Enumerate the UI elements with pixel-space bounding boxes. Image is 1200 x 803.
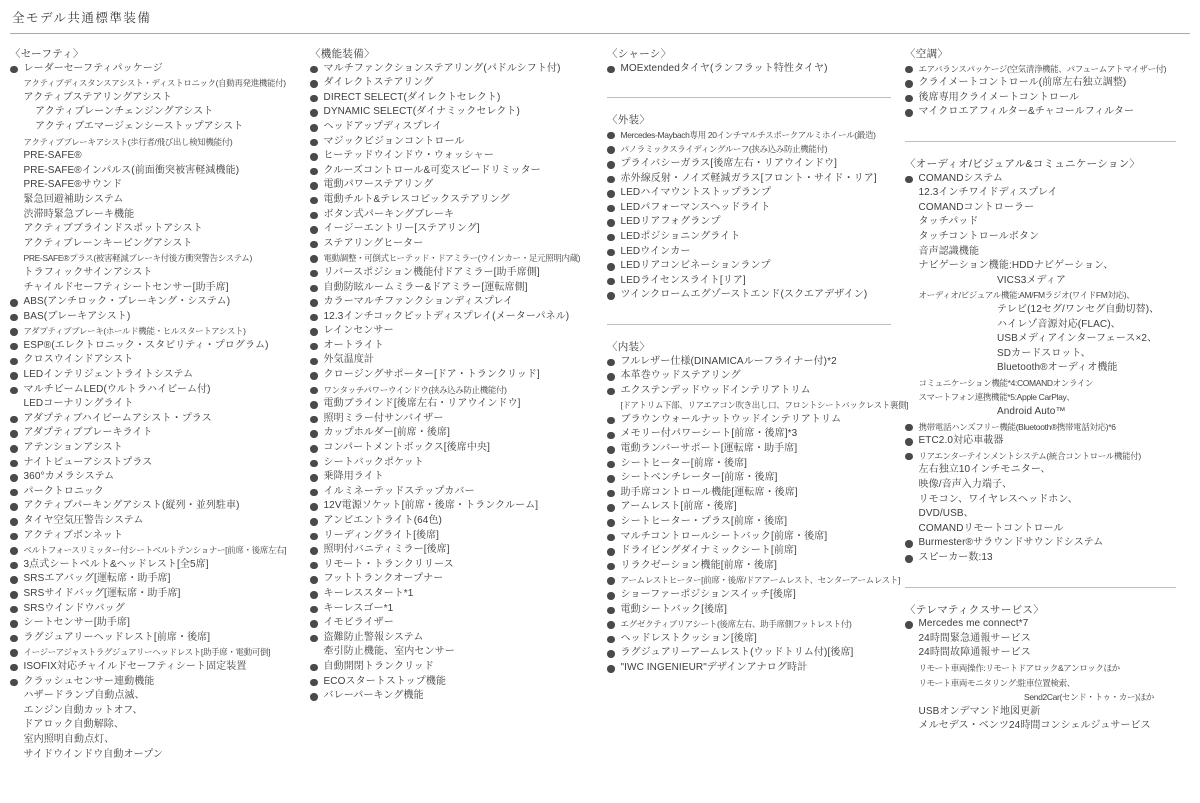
list-item: 緊急回避補助システム: [10, 193, 296, 208]
list-item: 携帯電話ハンズフリー機能(Bluetooth®携帯電話対応)*6: [905, 420, 1176, 435]
item-label: 携帯電話ハンズフリー機能(Bluetooth®携帯電話対応)*6: [919, 420, 1116, 435]
list-item: ドアロック自動解除、: [10, 718, 296, 733]
bullet-icon: [310, 460, 318, 468]
item-label: ESP®(エレクトロニック・スタビリティ・プログラム): [24, 339, 269, 354]
list-item: LEDリアフォグランプ: [607, 215, 891, 230]
list-item: 盗難防止警報システム: [310, 631, 593, 646]
list-item: ハザードランプ自動点滅、: [10, 689, 296, 704]
item-label: 電動ランバーサポート[運転席・助手席]: [621, 442, 798, 457]
bullet-icon: [607, 650, 615, 658]
list-item: COMANDコントローラー: [905, 201, 1176, 216]
bullet-icon: [310, 299, 318, 307]
list-item: コミュニケーション機能*4:COMANDオンライン: [905, 376, 1176, 391]
list-item: 本革巻ウッドステアリング: [607, 369, 891, 384]
list-item: SDカードスロット、: [905, 347, 1176, 362]
list-item: リモコン、ワイヤレスヘッドホン、: [905, 493, 1176, 508]
list-item: アクティブエマージェンシーストップアシスト: [10, 120, 296, 135]
item-label: アクティブボンネット: [24, 529, 124, 544]
item-label: Burmester®サラウンドサウンドシステム: [919, 536, 1104, 551]
list-item: レーダーセーフティパッケージ: [10, 62, 296, 77]
bullet-icon: [310, 285, 318, 293]
list-item: 映像/音声入力端子、: [905, 478, 1176, 493]
bullet-icon: [607, 190, 615, 198]
item-label: シートセンサー[助手席]: [24, 616, 130, 631]
item-label: シートヒーター[前席・後席]: [621, 457, 748, 472]
item-label: 外気温度計: [324, 353, 375, 368]
list-item: ABS(アンチロック・ブレーキング・システム): [10, 295, 296, 310]
bullet-icon: [607, 278, 615, 286]
list-item: 乗降用ライト: [310, 470, 593, 485]
list-item: ヘッドアップディスプレイ: [310, 120, 593, 135]
item-label: DVD/USB、: [919, 507, 974, 522]
list-item: ショーファーポジションスイッチ[後席]: [607, 588, 891, 603]
list-item: SRSウインドウバッグ: [10, 602, 296, 617]
bullet-icon: [10, 679, 18, 687]
bullet-icon: [10, 358, 18, 366]
item-label: キーレスゴー*1: [324, 602, 394, 617]
section-divider: [607, 97, 891, 98]
list-item: Send2Car(センド・トゥ・カー)ほか: [905, 690, 1176, 705]
item-label: 自動防眩ルームミラー&ドアミラー[運転席側]: [324, 281, 528, 296]
item-label: USBメディアインターフェース×2、: [997, 332, 1157, 347]
item-label: パノラミックスライディングルーフ(挟み込み防止機能付): [621, 142, 828, 157]
bullet-icon: [310, 95, 318, 103]
list-item: Bluetooth®オーディオ機能: [905, 361, 1176, 376]
list-item: アームレスト[前席・後席]: [607, 500, 891, 515]
section-heading: 〈オーディオ/ビジュアル&コミュニケーション〉: [905, 157, 1176, 172]
equipment-list-page: 全モデル共通標準装備 〈セーフティ〉レーダーセーフティパッケージアクティブディス…: [0, 0, 1200, 762]
list-item: DYNAMIC SELECT(ダイナミックセレクト): [310, 105, 593, 120]
bullet-icon: [607, 205, 615, 213]
list-item: エンジン自動カットオフ、: [10, 704, 296, 719]
item-label: 牽引防止機能、室内センサー: [324, 645, 455, 660]
bullet-icon: [607, 66, 615, 74]
list-item: LEDポジショニングライト: [607, 230, 891, 245]
item-label: カップホルダー[前席・後席]: [324, 426, 450, 441]
item-label: LEDウインカー: [621, 245, 691, 260]
item-label: バレーパーキング機能: [324, 689, 424, 704]
bullet-icon: [310, 533, 318, 541]
bullet-icon: [10, 562, 18, 570]
list-item: Android Auto™: [905, 405, 1176, 420]
item-label: 自動開閉トランクリッド: [324, 660, 435, 675]
list-item: ETC2.0対応車載器: [905, 434, 1176, 449]
bullet-icon: [310, 576, 318, 584]
list-item: COMANDシステム: [905, 172, 1176, 187]
list-item: ラグジュアリーアームレスト(ウッドトリム付)[後席]: [607, 646, 891, 661]
list-item: SRSエアバッグ[運転席・助手席]: [10, 572, 296, 587]
bullet-icon: [310, 606, 318, 614]
bullet-icon: [10, 591, 18, 599]
bullet-icon: [310, 124, 318, 132]
item-label: プライバシーガラス[後席左右・リアウインドウ]: [621, 157, 838, 172]
list-item: シートヒーター・プラス[前席・後席]: [607, 515, 891, 530]
bullet-icon: [607, 292, 615, 300]
bullet-icon: [310, 226, 318, 234]
list-item: 左右独立10インチモニター、: [905, 463, 1176, 478]
item-label: コミュニケーション機能*4:COMANDオンライン: [919, 376, 1094, 391]
item-label: [ドアトリム下部、リアエアコン吹き出し口、フロントシートバックレスト裏側]: [621, 398, 909, 413]
item-label: タッチコントロールボタン: [919, 230, 1040, 245]
list-item: パノラミックスライディングルーフ(挟み込み防止機能付): [607, 142, 891, 157]
item-label: アダプティブブレーキ(ホールド機能・ヒルスタートアシスト): [24, 324, 246, 339]
item-label: LEDコーナリングライト: [24, 397, 134, 412]
list-item: オーディオ/ビジュアル機能:AM/FMラジオ(ワイドFM対応)、: [905, 288, 1176, 303]
item-label: タッチパッド: [919, 215, 979, 230]
list-item: イージーエントリー[ステアリング]: [310, 222, 593, 237]
list-item: シートベンチレーター[前席・後席]: [607, 471, 891, 486]
item-label: 照明ミラー付サンバイザー: [324, 412, 444, 427]
item-label: VICS3メディア: [997, 274, 1066, 289]
item-label: ショーファーポジションスイッチ[後席]: [621, 588, 796, 603]
bullet-icon: [607, 388, 615, 396]
list-item: リモート・トランクリリース: [310, 558, 593, 573]
list-item: バレーパーキング機能: [310, 689, 593, 704]
column-3: 〈シャーシ〉MOExtendedタイヤ(ランフラット特性タイヤ)〈外装〉Merc…: [607, 47, 905, 762]
item-label: 助手席コントロール機能[運転席・後席]: [621, 486, 798, 501]
item-label: PRE-SAFE®サウンド: [24, 178, 123, 193]
bullet-icon: [310, 270, 318, 278]
item-label: ドライビングダイナミックシート[前席]: [621, 544, 797, 559]
item-label: LEDハイマウントストップランプ: [621, 186, 772, 201]
list-item: アテンションアシスト: [10, 441, 296, 456]
bullet-icon: [607, 373, 615, 381]
item-label: マジックビジョンコントロール: [324, 135, 465, 150]
list-item: LEDハイマウントストップランプ: [607, 186, 891, 201]
list-item: メモリー付パワーシート[前席・後席]*3: [607, 427, 891, 442]
item-label: リモート車両操作:リモートドアロック&アンロックほか: [919, 661, 1120, 676]
list-item: ISOFIX対応チャイルドセーフティシート固定装置: [10, 660, 296, 675]
item-label: エグゼクティブリアシート(後席左右、助手席側フットレスト付): [621, 617, 852, 632]
bullet-icon: [10, 343, 18, 351]
item-label: リーディングライト[後席]: [324, 529, 440, 544]
item-label: メモリー付パワーシート[前席・後席]*3: [621, 427, 798, 442]
item-label: オーディオ/ビジュアル機能:AM/FMラジオ(ワイドFM対応)、: [919, 288, 1135, 303]
list-item: 後席専用クライメートコントロール: [905, 91, 1176, 106]
section-heading: 〈機能装備〉: [310, 47, 593, 62]
list-item: 音声認識機能: [905, 245, 1176, 260]
bullet-icon: [10, 430, 18, 438]
list-item: クラッシュセンサー連動機能: [10, 675, 296, 690]
section-divider: [905, 141, 1176, 142]
bullet-icon: [607, 432, 615, 440]
item-label: シートベンチレーター[前席・後席]: [621, 471, 778, 486]
item-label: 左右独立10インチモニター、: [919, 463, 1051, 478]
bullet-icon: [310, 547, 318, 555]
section-divider: [607, 324, 891, 325]
item-label: テレビ(12セグ/ワンセグ自動切替)、: [997, 303, 1159, 318]
bullet-icon: [310, 80, 318, 88]
list-item: アクティブステアリングアシスト: [10, 91, 296, 106]
list-item: 自動防眩ルームミラー&ドアミラー[運転席側]: [310, 281, 593, 296]
bullet-icon: [905, 438, 913, 446]
list-item: リバースポジション機能付ドアミラー[助手席側]: [310, 266, 593, 281]
bullet-icon: [607, 146, 615, 154]
bullet-icon: [607, 359, 615, 367]
list-item: シートヒーター[前席・後席]: [607, 457, 891, 472]
list-item: 電動調整・可倒式ヒーテッド・ドアミラー(ウインカー・足元照明内蔵): [310, 251, 593, 266]
list-item: リラクゼーション機能[前席・後席]: [607, 559, 891, 574]
bullet-icon: [310, 212, 318, 220]
list-item: リモート車両操作:リモートドアロック&アンロックほか: [905, 661, 1176, 676]
item-label: ステアリングヒーター: [324, 237, 424, 252]
equipment-columns: 〈セーフティ〉レーダーセーフティパッケージアクティブディスタンスアシスト・ディス…: [10, 47, 1190, 762]
item-label: PRE-SAFE®プラス(被害軽減ブレーキ付後方衝突警告システム): [24, 251, 252, 266]
item-label: シートヒーター・プラス[前席・後席]: [621, 515, 788, 530]
item-label: 電動調整・可倒式ヒーテッド・ドアミラー(ウインカー・足元照明内蔵): [324, 251, 581, 266]
list-item: アクティブディスタンスアシスト・ディストロニック(自動再発進機能付): [10, 76, 296, 91]
bullet-icon: [607, 490, 615, 498]
list-item: クライメートコントロール(前席左右独立調整): [905, 76, 1176, 91]
bullet-icon: [310, 387, 318, 395]
list-item: エアバランスパッケージ(空気清浄機能、パフュームアトマイザー付): [905, 62, 1176, 77]
bullet-icon: [607, 592, 615, 600]
list-item: 電動シートバック[後席]: [607, 603, 891, 618]
bullet-icon: [607, 636, 615, 644]
bullet-icon: [310, 66, 318, 74]
list-item: Mercedes-Maybach専用 20インチマルチスポークアルミホイール(鍛…: [607, 128, 891, 143]
list-item: VICS3メディア: [905, 274, 1176, 289]
section-heading: 〈外装〉: [607, 113, 891, 128]
bullet-icon: [310, 664, 318, 672]
item-label: PRE-SAFE®: [24, 149, 82, 164]
list-item: 24時間緊急通報サービス: [905, 632, 1176, 647]
item-label: イルミネーテッドステップカバー: [324, 485, 475, 500]
bullet-icon: [607, 665, 615, 673]
list-item: アクティブブレーキアシスト(歩行者/飛び出し検知機能付): [10, 135, 296, 150]
item-label: 3点式シートベルト&ヘッドレスト[全5席]: [24, 558, 209, 573]
item-label: クロスウインドアシスト: [24, 353, 134, 368]
item-label: アクティブブレーキアシスト(歩行者/飛び出し検知機能付): [24, 135, 233, 150]
list-item: アダプティブブレーキライト: [10, 426, 296, 441]
item-label: 音声認識機能: [919, 245, 980, 260]
item-label: シートバックポケット: [324, 456, 424, 471]
item-label: オートライト: [324, 339, 384, 354]
list-item: 電動パワーステアリング: [310, 178, 593, 193]
bullet-icon: [310, 168, 318, 176]
list-item: タイヤ空気圧警告システム: [10, 514, 296, 529]
bullet-icon: [310, 358, 318, 366]
list-item: マルチビームLED(ウルトラハイビーム付): [10, 383, 296, 398]
bullet-icon: [607, 607, 615, 615]
list-item: Mercedes me connect*7: [905, 617, 1176, 632]
bullet-icon: [10, 387, 18, 395]
item-label: アクティブステアリングアシスト: [24, 91, 173, 106]
list-item: カップホルダー[前席・後席]: [310, 426, 593, 441]
bullet-icon: [310, 241, 318, 249]
bullet-icon: [607, 534, 615, 542]
item-label: チャイルドセーフティシートセンサー[助手席]: [24, 281, 229, 296]
bullet-icon: [10, 372, 18, 380]
list-item: シートセンサー[助手席]: [10, 616, 296, 631]
bullet-icon: [310, 109, 318, 117]
item-label: ISOFIX対応チャイルドセーフティシート固定装置: [24, 660, 247, 675]
item-label: マルチビームLED(ウルトラハイビーム付): [24, 383, 211, 398]
bullet-icon: [310, 635, 318, 643]
list-item: イルミネーテッドステップカバー: [310, 485, 593, 500]
bullet-icon: [10, 503, 18, 511]
list-item: ワンタッチパワーウインドウ(挟み込み防止機能付): [310, 383, 593, 398]
item-label: Android Auto™: [997, 405, 1066, 420]
item-label: LEDパフォーマンスヘッドライト: [621, 201, 771, 216]
item-label: コンパートメントボックス[後席中央]: [324, 441, 490, 456]
bullet-icon: [310, 489, 318, 497]
bullet-icon: [310, 182, 318, 190]
item-label: Mercedes-Maybach専用 20インチマルチスポークアルミホイール(鍛…: [621, 128, 876, 143]
item-label: クラッシュセンサー連動機能: [24, 675, 155, 690]
item-label: 赤外線反射・ノイズ軽減ガラス[フロント・サイド・リア]: [621, 172, 877, 187]
bullet-icon: [10, 489, 18, 497]
item-label: 電動チルト&テレスコピックステアリング: [324, 193, 510, 208]
bullet-icon: [905, 453, 913, 461]
item-label: ETC2.0対応車載器: [919, 434, 1004, 449]
section-heading: 〈セーフティ〉: [10, 47, 296, 62]
item-label: アクティブエマージェンシーストップアシスト: [35, 120, 243, 135]
item-label: ナイトビューアシストプラス: [24, 456, 153, 471]
list-item: LEDウインカー: [607, 245, 891, 260]
column-4: 〈空調〉エアバランスパッケージ(空気清浄機能、パフュームアトマイザー付)クライメ…: [905, 47, 1190, 762]
item-label: ブラウンウォールナットウッドインテリアトリム: [621, 413, 842, 428]
bullet-icon: [607, 132, 615, 140]
item-label: リバースポジション機能付ドアミラー[助手席側]: [324, 266, 540, 281]
bullet-icon: [10, 533, 18, 541]
section-heading: 〈シャーシ〉: [607, 47, 891, 62]
bullet-icon: [607, 519, 615, 527]
bullet-icon: [607, 161, 615, 169]
item-label: 24時間故障通報サービス: [919, 646, 1031, 661]
item-label: ワンタッチパワーウインドウ(挟み込み防止機能付): [324, 383, 507, 398]
bullet-icon: [607, 577, 615, 585]
bullet-icon: [10, 314, 18, 322]
list-item: 12V電源ソケット[前席・後席・トランクルーム]: [310, 499, 593, 514]
item-label: カラーマルチファンクションディスプレイ: [324, 295, 514, 310]
item-label: 映像/音声入力端子、: [919, 478, 1013, 493]
list-item: キーレスゴー*1: [310, 602, 593, 617]
list-item: ナイトビューアシストプラス: [10, 456, 296, 471]
list-item: 赤外線反射・ノイズ軽減ガラス[フロント・サイド・リア]: [607, 172, 891, 187]
bullet-icon: [10, 664, 18, 672]
item-label: LEDライセンスライト[リア]: [621, 274, 746, 289]
bullet-icon: [310, 591, 318, 599]
bullet-icon: [905, 66, 913, 74]
item-label: パークトロニック: [24, 485, 104, 500]
item-label: フットトランクオープナー: [324, 572, 444, 587]
bullet-icon: [310, 445, 318, 453]
item-label: ハイレゾ音源対応(FLAC)、: [997, 318, 1121, 333]
bullet-icon: [310, 430, 318, 438]
list-item: LEDコーナリングライト: [10, 397, 296, 412]
item-label: ECOスタートストップ機能: [324, 675, 447, 690]
column-2: 〈機能装備〉マルチファンクションステアリング(パドルシフト付)ダイレクトステアリ…: [310, 47, 607, 762]
item-label: スマートフォン連携機能*5:Apple CarPlay、: [919, 390, 1075, 405]
item-label: 12V電源ソケット[前席・後席・トランクルーム]: [324, 499, 539, 514]
list-item: PRE-SAFE®インパルス(前面衝突被害軽減機能): [10, 164, 296, 179]
item-label: アームレスト[前席・後席]: [621, 500, 737, 515]
item-label: イモビライザー: [324, 616, 394, 631]
list-item: 12.3インチワイドディスプレイ: [905, 186, 1176, 201]
item-label: クルーズコントロール&可変スピードリミッター: [324, 164, 541, 179]
list-item: DVD/USB、: [905, 507, 1176, 522]
list-item: クルーズコントロール&可変スピードリミッター: [310, 164, 593, 179]
list-item: レインセンサー: [310, 324, 593, 339]
item-label: アテンションアシスト: [24, 441, 123, 456]
item-label: "IWC INGENIEUR"デザインアナログ時計: [621, 661, 808, 676]
bullet-icon: [607, 504, 615, 512]
bullet-icon: [905, 109, 913, 117]
list-item: 渋滞時緊急ブレーキ機能: [10, 208, 296, 223]
list-item: 自動開閉トランクリッド: [310, 660, 593, 675]
item-label: ダイレクトステアリング: [324, 76, 434, 91]
bullet-icon: [310, 503, 318, 511]
page-title: 全モデル共通標準装備: [10, 8, 1190, 26]
list-item: フルレザー仕様(DINAMICAルーフライナー付)*2: [607, 355, 891, 370]
item-label: Send2Car(センド・トゥ・カー)ほか: [1024, 690, 1154, 705]
list-item: 電動ランバーサポート[運転席・助手席]: [607, 442, 891, 457]
list-item: 3点式シートベルト&ヘッドレスト[全5席]: [10, 558, 296, 573]
list-item: 24時間故障通報サービス: [905, 646, 1176, 661]
section-heading: 〈テレマティクスサービス〉: [905, 603, 1176, 618]
list-item: イモビライザー: [310, 616, 593, 631]
list-item: タッチコントロールボタン: [905, 230, 1176, 245]
list-item: DIRECT SELECT(ダイレクトセレクト): [310, 91, 593, 106]
list-item: オートライト: [310, 339, 593, 354]
list-item: PRE-SAFE®プラス(被害軽減ブレーキ付後方衝突警告システム): [10, 251, 296, 266]
bullet-icon: [310, 139, 318, 147]
list-item: ナビゲーション機能:HDDナビゲーション、: [905, 259, 1176, 274]
item-label: サイドウインドウ自動オープン: [24, 748, 164, 763]
item-label: 盗難防止警報システム: [324, 631, 424, 646]
bullet-icon: [310, 255, 318, 263]
bullet-icon: [10, 649, 18, 657]
item-label: 乗降用ライト: [324, 470, 384, 485]
bullet-icon: [607, 263, 615, 271]
list-item: アームレストヒーター[前席・後席/ドアアームレスト、センターアームレスト]: [607, 573, 891, 588]
list-item: ブラウンウォールナットウッドインテリアトリム: [607, 413, 891, 428]
list-item: フットトランクオープナー: [310, 572, 593, 587]
item-label: USBオンデマンド地図更新: [919, 705, 1041, 720]
item-label: マルチファンクションステアリング(パドルシフト付): [324, 62, 561, 77]
item-label: LEDリアコンビネーションランプ: [621, 259, 771, 274]
list-item: [ドアトリム下部、リアエアコン吹き出し口、フロントシートバックレスト裏側]: [607, 398, 891, 413]
bullet-icon: [310, 518, 318, 526]
list-item: クロスウインドアシスト: [10, 353, 296, 368]
item-label: エンジン自動カットオフ、: [24, 704, 143, 719]
item-label: 12.3インチコックピットディスプレイ(メーターパネル): [324, 310, 570, 325]
item-label: メルセデス・ベンツ24時間コンシェルジュサービス: [919, 719, 1151, 734]
bullet-icon: [607, 563, 615, 571]
list-item: トラフィックサインアシスト: [10, 266, 296, 281]
bullet-icon: [607, 461, 615, 469]
list-item: ESP®(エレクトロニック・スタビリティ・プログラム): [10, 339, 296, 354]
item-label: LEDインテリジェントライトシステム: [24, 368, 194, 383]
item-label: リアエンターテインメントシステム(統合コントロール機能付): [919, 449, 1141, 464]
item-label: 本革巻ウッドステアリング: [621, 369, 741, 384]
list-item: スピーカー数:13: [905, 551, 1176, 566]
list-item: ステアリングヒーター: [310, 237, 593, 252]
bullet-icon: [607, 446, 615, 454]
list-item: シートバックポケット: [310, 456, 593, 471]
bullet-icon: [10, 445, 18, 453]
item-label: マイクロエアフィルター&チャコールフィルター: [919, 105, 1135, 120]
list-item: テレビ(12セグ/ワンセグ自動切替)、: [905, 303, 1176, 318]
item-label: タイヤ空気圧警告システム: [24, 514, 144, 529]
bullet-icon: [310, 562, 318, 570]
bullet-icon: [310, 197, 318, 205]
item-label: アンビエントライト(64色): [324, 514, 442, 529]
item-label: 24時間緊急通報サービス: [919, 632, 1031, 647]
item-label: Mercedes me connect*7: [919, 617, 1029, 632]
bullet-icon: [310, 693, 318, 701]
